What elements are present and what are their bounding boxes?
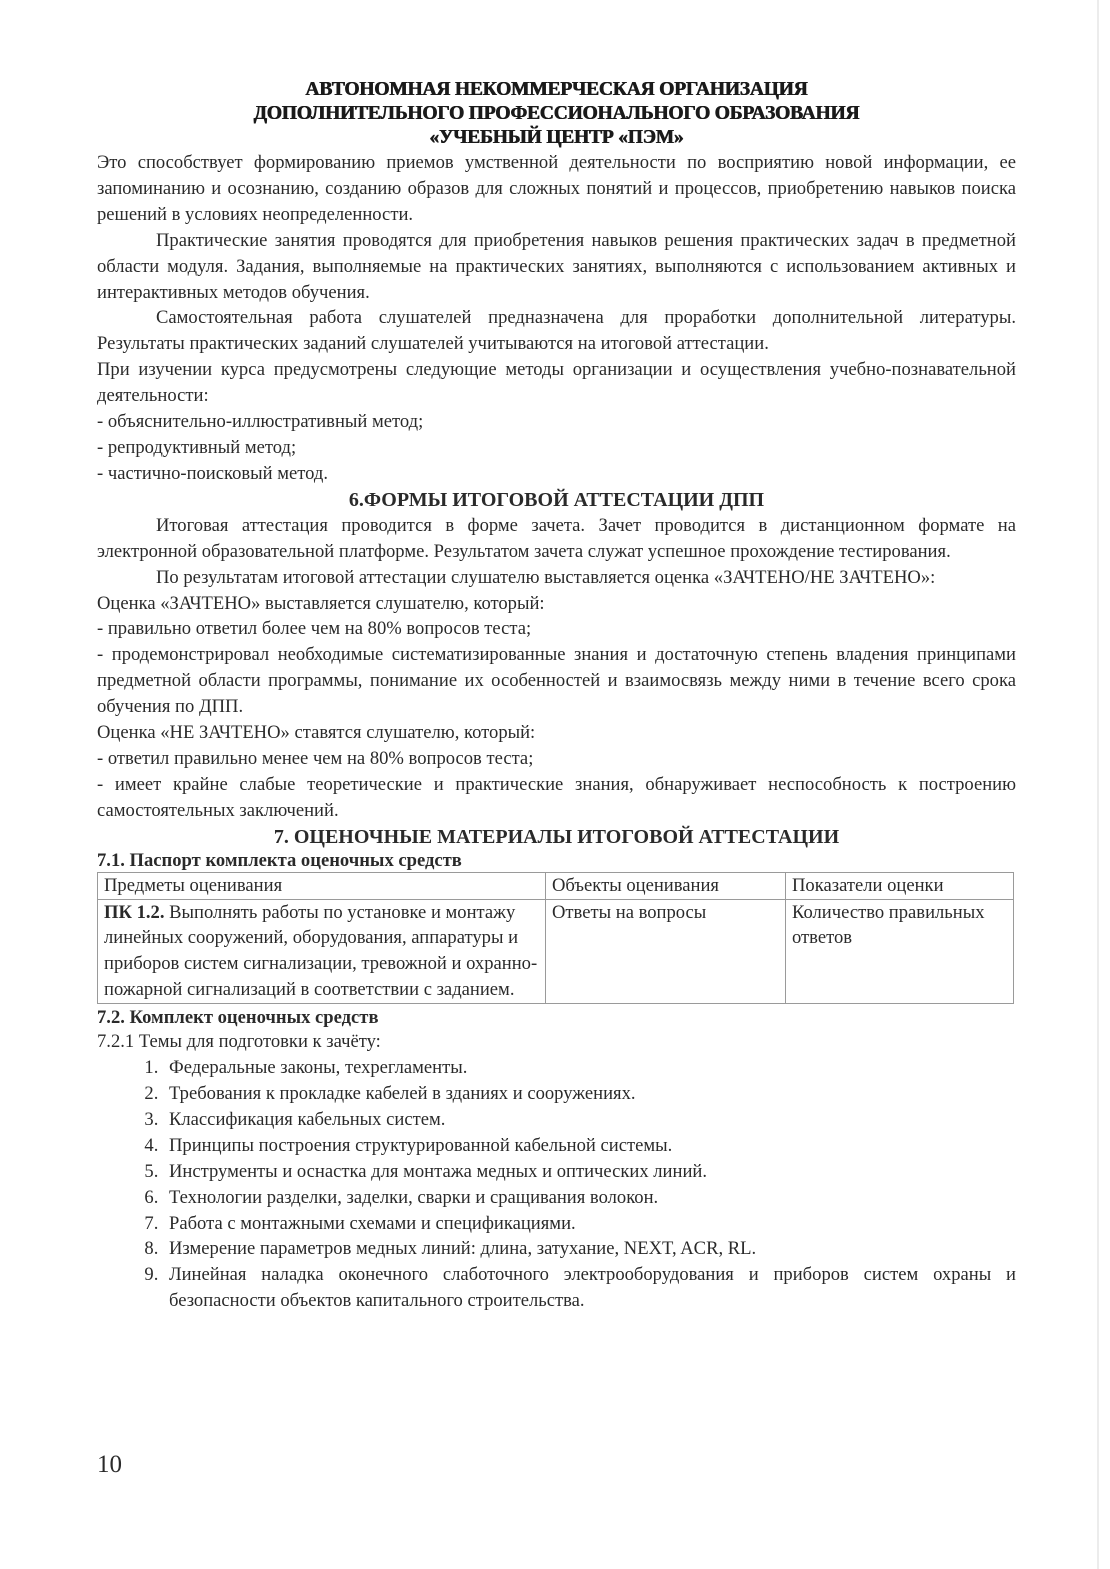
header-line-3: «УЧЕБНЫЙ ЦЕНТР «ПЭМ»: [97, 126, 1016, 150]
topic-item: Технологии разделки, заделки, сварки и с…: [163, 1185, 1016, 1211]
column-header: Предметы оценивания: [98, 872, 546, 899]
topic-item: Классификация кабельных систем.: [163, 1107, 1016, 1133]
header-line-2: ДОПОЛНИТЕЛЬНОГО ПРОФЕССИОНАЛЬНОГО ОБРАЗО…: [97, 102, 1016, 126]
section-6-title: 6.ФОРМЫ ИТОГОВОЙ АТТЕСТАЦИИ ДПП: [97, 487, 1016, 513]
topic-item: Линейная наладка оконечного слаботочного…: [163, 1262, 1016, 1314]
header-line-1: АВТОНОМНАЯ НЕКОММЕРЧЕСКАЯ ОРГАНИЗАЦИЯ: [97, 78, 1016, 102]
topics-list: Федеральные законы, техрегламенты. Требо…: [97, 1055, 1016, 1314]
intro-paragraph-1: Это способствует формированию приемов ум…: [97, 150, 1016, 228]
indicator-cell: Количество правильных ответов: [786, 899, 1014, 1004]
fail-criterion: - имеет крайне слабые теоретические и пр…: [97, 772, 1016, 824]
topic-item: Инструменты и оснастка для монтажа медны…: [163, 1159, 1016, 1185]
pass-criterion: - продемонстрировал необходимые системат…: [97, 642, 1016, 720]
pass-intro: Оценка «ЗАЧТЕНО» выставляется слушателю,…: [97, 591, 1016, 617]
competency-code: ПК 1.2.: [104, 902, 164, 923]
section-6-paragraph-1: Итоговая аттестация проводится в форме з…: [97, 513, 1016, 565]
pass-criterion: - правильно ответил более чем на 80% воп…: [97, 616, 1016, 642]
topic-item: Измерение параметров медных линий: длина…: [163, 1236, 1016, 1262]
fail-intro: Оценка «НЕ ЗАЧТЕНО» ставятся слушателю, …: [97, 720, 1016, 746]
topic-item: Требования к прокладке кабелей в зданиях…: [163, 1081, 1016, 1107]
column-header: Показатели оценки: [786, 872, 1014, 899]
subsection-7-2-title: 7.2. Комплект оценочных средств: [97, 1007, 1016, 1029]
column-header: Объекты оценивания: [546, 872, 786, 899]
intro-paragraph-3: Самостоятельная работа слушателей предна…: [97, 305, 1016, 357]
topic-item: Работа с монтажными схемами и спецификац…: [163, 1211, 1016, 1237]
page-number: 10: [97, 1451, 122, 1479]
subsection-7-1-title: 7.1. Паспорт комплекта оценочных средств: [97, 850, 1016, 872]
fail-criterion: - ответил правильно менее чем на 80% воп…: [97, 746, 1016, 772]
table-header-row: Предметы оценивания Объекты оценивания П…: [98, 872, 1014, 899]
assessment-passport-table: Предметы оценивания Объекты оценивания П…: [97, 872, 1014, 1005]
object-cell: Ответы на вопросы: [546, 899, 786, 1004]
intro-paragraph-2: Практические занятия проводятся для прио…: [97, 228, 1016, 306]
competency-text: Выполнять работы по установке и монтажу …: [104, 902, 537, 1001]
section-6-paragraph-2: По результатам итоговой аттестации слуша…: [97, 565, 1016, 591]
method-item: - объяснительно-иллюстративный метод;: [97, 409, 1016, 435]
section-7-title: 7. ОЦЕНОЧНЫЕ МАТЕРИАЛЫ ИТОГОВОЙ АТТЕСТАЦ…: [97, 824, 1016, 850]
intro-paragraph-4: При изучении курса предусмотрены следующ…: [97, 357, 1016, 409]
topic-item: Федеральные законы, техрегламенты.: [163, 1055, 1016, 1081]
method-item: - частично-поисковый метод.: [97, 461, 1016, 487]
organization-header: АВТОНОМНАЯ НЕКОММЕРЧЕСКАЯ ОРГАНИЗАЦИЯ ДО…: [97, 78, 1016, 150]
method-item: - репродуктивный метод;: [97, 435, 1016, 461]
topic-item: Принципы построения структурированной ка…: [163, 1133, 1016, 1159]
page-edge: [1097, 0, 1099, 1569]
document-page: АВТОНОМНАЯ НЕКОММЕРЧЕСКАЯ ОРГАНИЗАЦИЯ ДО…: [97, 78, 1016, 1314]
subject-cell: ПК 1.2. Выполнять работы по установке и …: [98, 899, 546, 1004]
table-row: ПК 1.2. Выполнять работы по установке и …: [98, 899, 1014, 1004]
topics-intro: 7.2.1 Темы для подготовки к зачёту:: [97, 1029, 1016, 1055]
